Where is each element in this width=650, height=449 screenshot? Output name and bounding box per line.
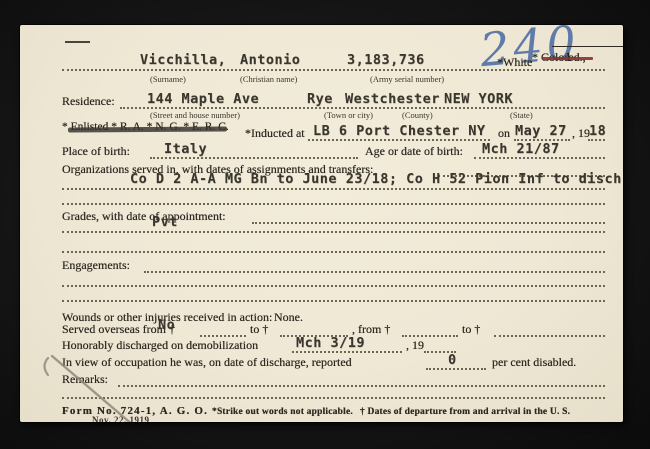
dotted-line (120, 107, 605, 109)
name-captions-row: (Surname) (Christian name) (Army serial … (62, 74, 605, 86)
colored-label-struck: * Colored., (532, 51, 586, 63)
induction-date-value: May 27 (515, 125, 567, 139)
dagger-note: † Dates of departure from and arrival in… (360, 408, 570, 418)
grades-value-row: Pvt (62, 212, 605, 233)
surname-value: Vicchilla, (140, 54, 226, 68)
organizations-value: Co D 2 A-A MG Bn to June 23/18; Co H 52 … (130, 173, 622, 187)
serial-number-caption: (Army serial number) (370, 75, 444, 84)
strike-note: *Strike out words not applicable. (212, 408, 353, 418)
age-label: Age or date of birth: (365, 145, 463, 157)
state-value: NEW YORK (444, 93, 513, 107)
blank-line (62, 186, 605, 205)
induction-year-value: 18 (589, 125, 606, 139)
scanned-photo-backdrop: { "card": { "stamp": "240", "corner_numb… (0, 0, 650, 449)
corner-rule-line (552, 46, 623, 47)
birth-row: Place of birth: Italy Age or date of bir… (62, 137, 605, 158)
service-record-card: 240 1 Vicchilla, Antonio 3,183,736 *Whit… (20, 25, 623, 422)
place-of-birth-value: Italy (164, 143, 207, 157)
christian-name-caption: (Christian name) (240, 75, 297, 84)
form-date: Nov. 22, 1919 (92, 415, 150, 422)
residence-label: Residence: (62, 95, 115, 107)
street-value: 144 Maple Ave (147, 93, 259, 107)
disability-percent-value: 0 (448, 354, 457, 368)
blank-line (62, 380, 605, 399)
residence-row: Residence: 144 Maple Ave Rye Westchester… (62, 87, 605, 108)
top-left-pen-dash (65, 41, 90, 43)
blank-line (62, 283, 605, 302)
name-row: Vicchilla, Antonio 3,183,736 *White * Co… (62, 50, 605, 71)
birth-date-value: Mch 21/87 (482, 143, 560, 157)
enlisted-options-struck: * Enlisted * R. A. * N. G. * E. R. C. (62, 122, 229, 134)
grade-value: Pvt (152, 216, 178, 230)
serial-number-value: 3,183,736 (347, 54, 425, 68)
induction-place-value: LB 6 Port Chester NY (313, 125, 486, 139)
county-value: Westchester (345, 93, 440, 107)
white-label: *White (497, 56, 532, 68)
discharge-date-value: Mch 3/19 (296, 337, 365, 351)
christian-name-value: Antonio (240, 54, 300, 68)
overseas-value: No (158, 319, 175, 333)
place-of-birth-label: Place of birth: (62, 145, 130, 157)
blank-line (62, 234, 605, 253)
town-value: Rye (307, 93, 333, 107)
surname-caption: (Surname) (150, 75, 186, 84)
